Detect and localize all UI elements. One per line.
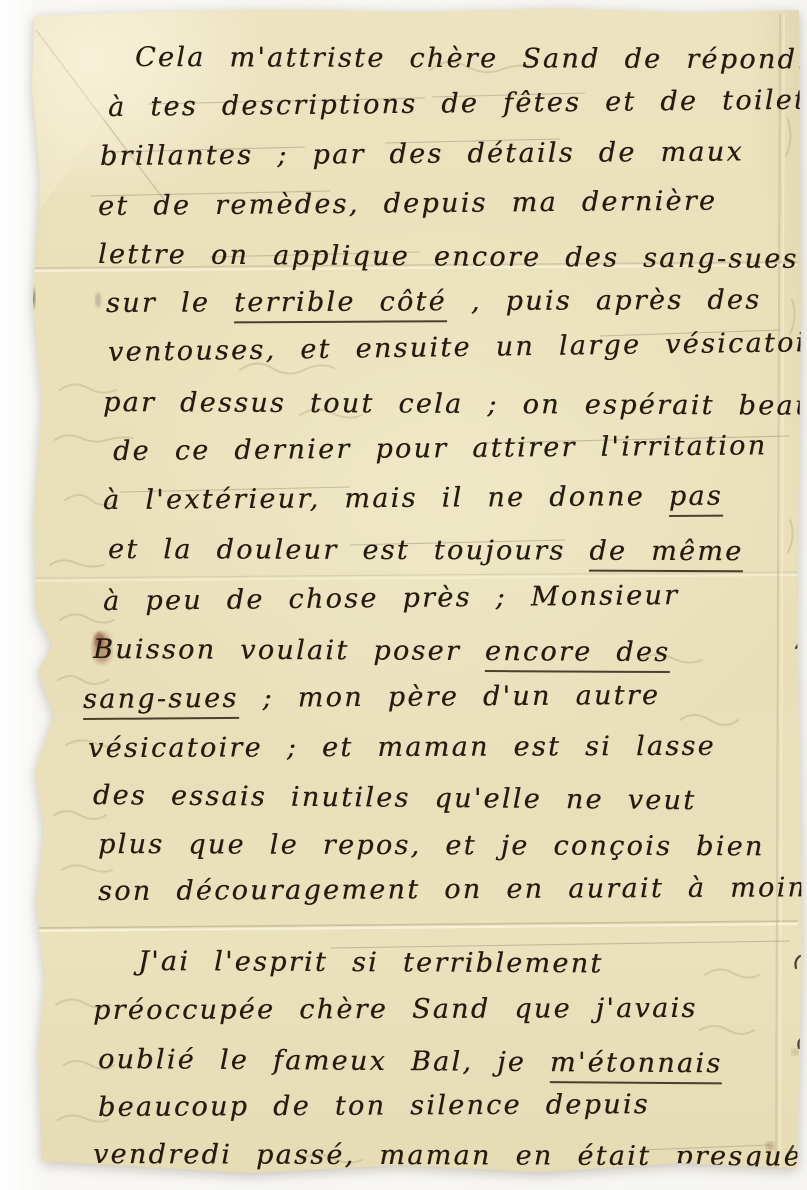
letter-line: son découragement on en aurait à moins <box>98 872 807 907</box>
letter-segment: à l'extérieur, mais il ne donne <box>103 481 669 516</box>
letter-segment: sur le <box>106 287 234 319</box>
underlined-phrase: m'étonnais <box>550 1047 723 1084</box>
letter-segment: à peu de chose près ; Monsieur <box>103 580 680 617</box>
letter-text: Cela m'attriste chère Sand de répondreà … <box>0 0 807 1190</box>
letter-segment: préoccupée chère Sand que j'avais <box>93 993 698 1026</box>
letter-segment: beaucoup de ton silence depuis <box>98 1089 650 1123</box>
letter-line: plus que le repos, et je conçois bien <box>98 829 765 862</box>
paper-shadow-wrap: Cela m'attriste chère Sand de répondreà … <box>0 0 807 1190</box>
letter-segment: vendredi passé, maman en était presque <box>93 1139 802 1172</box>
letter-line: vendredi passé, maman en était presque <box>93 1139 802 1172</box>
letter-segment: à tes descriptions de fêtes et de toilet… <box>108 84 807 123</box>
letter-segment: lettre on applique encore des sang-sues <box>98 239 799 275</box>
letter-segment: par dessus tout cela ; on espérait beauc… <box>103 387 807 422</box>
letter-line: et de remèdes, depuis ma dernière <box>98 186 718 222</box>
letter-segment: des essais inutiles qu'elle ne veut <box>93 780 697 816</box>
letter-line: à l'extérieur, mais il ne donne pas <box>103 481 723 516</box>
letter-line: Buisson voulait poser encore des <box>93 634 670 668</box>
letter-line: de ce dernier pour attirer l'irritation <box>113 430 768 467</box>
letter-segment: de ce dernier pour attirer l'irritation <box>113 430 768 467</box>
letter-line: préoccupée chère Sand que j'avais <box>93 993 698 1026</box>
letter-line: brillantes ; par des détails de maux <box>100 137 744 172</box>
letter-line: à peu de chose près ; Monsieur <box>103 580 680 617</box>
letter-segment: plus que le repos, et je conçois bien <box>98 829 765 862</box>
letter-segment: vésicatoire ; et maman est si lasse <box>88 731 716 764</box>
letter-line: des essais inutiles qu'elle ne veut <box>93 780 697 816</box>
underlined-phrase: terrible côté <box>234 286 447 323</box>
underlined-phrase: pas <box>669 481 723 517</box>
letter-segment: Buisson voulait poser <box>93 634 485 667</box>
letter-line: lettre on applique encore des sang-sues <box>98 239 799 275</box>
letter-segment: ; mon père d'un autre <box>238 680 660 714</box>
letter-segment: Cela m'attriste chère Sand de répondre <box>135 42 807 75</box>
letter-line: vésicatoire ; et maman est si lasse <box>88 731 716 764</box>
letter-line: oublié le fameux Bal, je m'étonnais <box>98 1044 723 1079</box>
letter-line: Cela m'attriste chère Sand de répondre <box>135 42 807 75</box>
letter-line: ventouses, et ensuite un large vésicatoi… <box>108 327 807 368</box>
letter-segment: , puis après des <box>447 285 762 318</box>
letter-line: à tes descriptions de fêtes et de toilet… <box>108 84 807 123</box>
letter-line: beaucoup de ton silence depuis <box>98 1089 650 1123</box>
letter-segment: brillantes ; par des détails de maux <box>100 137 744 172</box>
underlined-phrase: sang-sues <box>83 683 239 720</box>
letter-segment: J'ai l'esprit si terriblement <box>138 946 604 979</box>
letter-segment: oublié le fameux Bal, je <box>98 1044 550 1078</box>
underlined-phrase: encore des <box>485 636 671 673</box>
letter-line: J'ai l'esprit si terriblement <box>138 946 604 979</box>
underlined-phrase: de même <box>589 536 743 573</box>
letter-segment: ventouses, et ensuite un large vésicatoi… <box>108 327 807 368</box>
letter-segment: son découragement on en aurait à moins <box>98 872 807 907</box>
letter-segment: et la douleur est toujours <box>108 534 589 567</box>
letter-sheet: Cela m'attriste chère Sand de répondreà … <box>0 0 807 1190</box>
letter-line: par dessus tout cela ; on espérait beauc… <box>103 387 807 422</box>
letter-line: et la douleur est toujours de même <box>108 534 744 567</box>
letter-line: sur le terrible côté , puis après des <box>106 285 761 319</box>
letter-segment: et de remèdes, depuis ma dernière <box>98 186 718 222</box>
scanned-letter-page: Cela m'attriste chère Sand de répondreà … <box>0 0 807 1190</box>
letter-line: sang-sues ; mon père d'un autre <box>83 680 660 715</box>
